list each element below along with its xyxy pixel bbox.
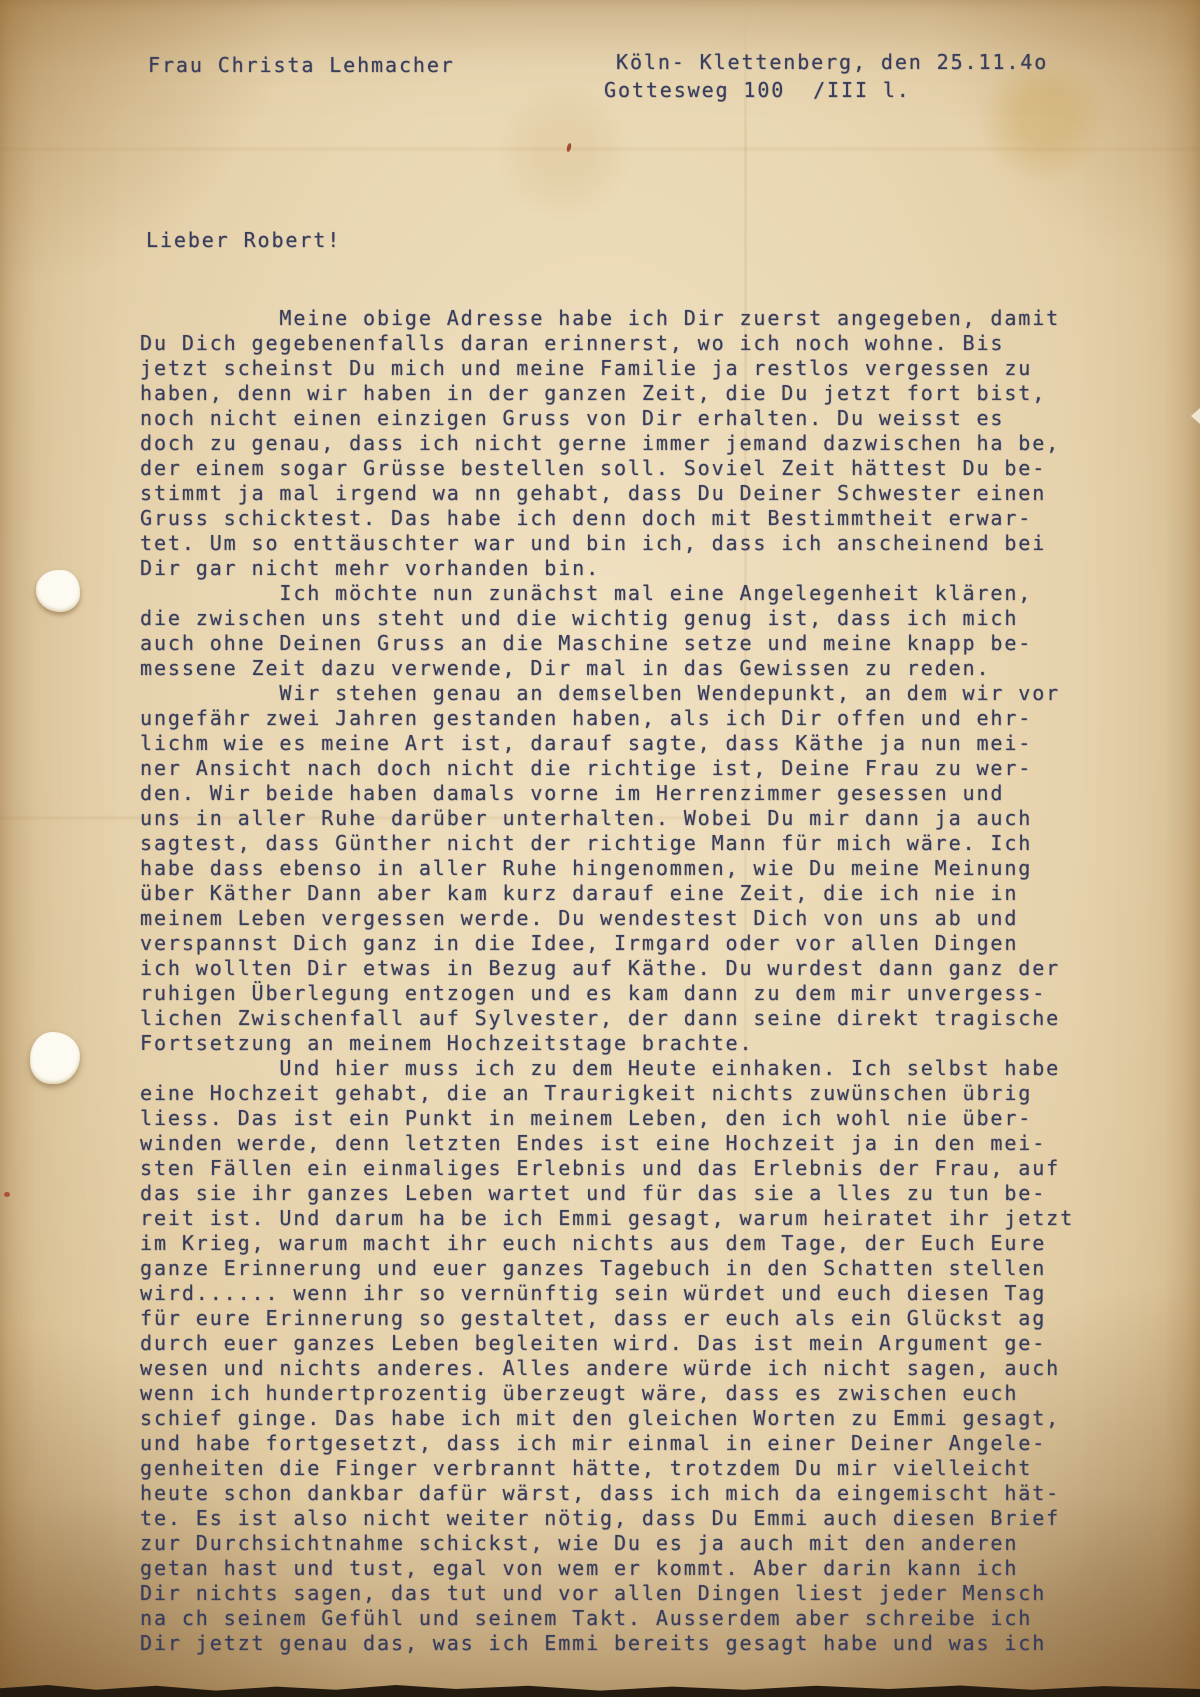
letter-line: ner Ansicht nach doch nicht die richtige… [140, 756, 1100, 781]
letter-line: ganze Erinnerung und euer ganzes Tagebuc… [140, 1256, 1100, 1281]
letter-line: genheiten die Finger verbrannt hätte, tr… [140, 1456, 1100, 1481]
punch-hole-top [36, 570, 80, 612]
horizontal-fold-crease-top [0, 148, 1200, 150]
letter-line: doch zu genau, dass ich nicht gerne imme… [140, 431, 1100, 456]
letter-line: zur Durchsichtnahme schickst, wie Du es … [140, 1531, 1100, 1556]
letter-line: die zwischen uns steht und die wichtig g… [140, 606, 1100, 631]
letter-line: meinem Leben vergessen werde. Du wendest… [140, 906, 1100, 931]
letter-line: schief ginge. Das habe ich mit den gleic… [140, 1406, 1100, 1431]
letter-line: wird...... wenn ihr so vernünftig sein w… [140, 1281, 1100, 1306]
letter-line: den. Wir beide haben damals vorne im Her… [140, 781, 1100, 806]
letter-line: liess. Das ist ein Punkt in meinem Leben… [140, 1106, 1100, 1131]
letter-line: Fortsetzung an meinem Hochzeitstage brac… [140, 1031, 1100, 1056]
letter-line: Dir gar nicht mehr vorhanden bin. [140, 556, 1100, 581]
torn-bottom-edge [0, 1681, 1200, 1697]
letter-body: Meine obige Adresse habe ich Dir zuerst … [140, 306, 1100, 1656]
letter-line: auch ohne Deinen Gruss an die Maschine s… [140, 631, 1100, 656]
letter-line: eine Hochzeit gehabt, die an Traurigkeit… [140, 1081, 1100, 1106]
letter-line: lichm wie es meine Art ist, darauf sagte… [140, 731, 1100, 756]
letter-line: stimmt ja mal irgend wa nn gehabt, dass … [140, 481, 1100, 506]
letter-line: über Käther Dann aber kam kurz darauf ei… [140, 881, 1100, 906]
letter-line: winden werde, denn letzten Endes ist ein… [140, 1131, 1100, 1156]
letter-line: na ch seinem Gefühl und seinem Takt. Aus… [140, 1606, 1100, 1631]
letter-line: ich wollten Dir etwas in Bezug auf Käthe… [140, 956, 1100, 981]
letter-line: für eure Erinnerung so gestaltet, dass e… [140, 1306, 1100, 1331]
letter-line: Du Dich gegebenenfalls daran erinnerst, … [140, 331, 1100, 356]
letter-line: te. Es ist also nicht weiter nötig, dass… [140, 1506, 1100, 1531]
letter-line: durch euer ganzes Leben begleiten wird. … [140, 1331, 1100, 1356]
letter-line: lichen Zwischenfall auf Sylvester, der d… [140, 1006, 1100, 1031]
letter-line: sten Fällen ein einmaliges Erlebnis und … [140, 1156, 1100, 1181]
letter-page: Frau Christa Lehmacher Köln- Klettenberg… [0, 0, 1200, 1697]
letter-line: tet. Um so enttäuschter war und bin ich,… [140, 531, 1100, 556]
letter-line: Dir nichts sagen, das tut und vor allen … [140, 1581, 1100, 1606]
letter-line: reit ist. Und darum ha be ich Emmi gesag… [140, 1206, 1100, 1231]
letter-line: verspannst Dich ganz in die Idee, Irmgar… [140, 931, 1100, 956]
letter-line: im Krieg, warum macht ihr euch nichts au… [140, 1231, 1100, 1256]
punch-hole-bottom [30, 1032, 80, 1084]
letter-line: habe dass ebenso in aller Ruhe hingenomm… [140, 856, 1100, 881]
red-ink-speck [566, 143, 572, 153]
letter-line: wenn ich hundertprozentig überzeugt wäre… [140, 1381, 1100, 1406]
letter-line: Meine obige Adresse habe ich Dir zuerst … [140, 306, 1100, 331]
letter-line: das sie ihr ganzes Leben wartet und für … [140, 1181, 1100, 1206]
letter-line: getan hast und tust, egal von wem er kom… [140, 1556, 1100, 1581]
letter-line: Dir jetzt genau das, was ich Emmi bereit… [140, 1631, 1100, 1656]
letter-line: und habe fortgesetzt, dass ich mir einma… [140, 1431, 1100, 1456]
red-edge-speck [4, 1192, 10, 1197]
letter-line: Ich möchte nun zunächst mal eine Angeleg… [140, 581, 1100, 606]
letter-line: ungefähr zwei Jahren gestanden haben, al… [140, 706, 1100, 731]
address-line: Gottesweg 100 /III l. [604, 78, 911, 102]
salutation: Lieber Robert! [146, 228, 341, 252]
letter-line: sagtest, dass Günther nicht der richtige… [140, 831, 1100, 856]
letter-line: uns in aller Ruhe darüber unterhalten. W… [140, 806, 1100, 831]
paper-edge-nick [1191, 408, 1200, 424]
letter-line: messene Zeit dazu verwende, Dir mal in d… [140, 656, 1100, 681]
letter-line: ruhigen Überlegung entzogen und es kam d… [140, 981, 1100, 1006]
letter-line: Wir stehen genau an demselben Wendepunkt… [140, 681, 1100, 706]
letter-line: wesen und nichts anderes. Alles andere w… [140, 1356, 1100, 1381]
letter-line: der einem sogar Grüsse bestellen soll. S… [140, 456, 1100, 481]
place-date-line: Köln- Klettenberg, den 25.11.4o [616, 50, 1048, 74]
letter-line: Und hier muss ich zu dem Heute einhaken.… [140, 1056, 1100, 1081]
letter-line: haben, denn wir haben in der ganzen Zeit… [140, 381, 1100, 406]
letter-line: jetzt scheinst Du mich und meine Familie… [140, 356, 1100, 381]
letter-line: noch nicht einen einzigen Gruss von Dir … [140, 406, 1100, 431]
letter-line: Gruss schicktest. Das habe ich denn doch… [140, 506, 1100, 531]
letter-line: heute schon dankbar dafür wärst, dass ic… [140, 1481, 1100, 1506]
sender-name: Frau Christa Lehmacher [148, 53, 455, 77]
